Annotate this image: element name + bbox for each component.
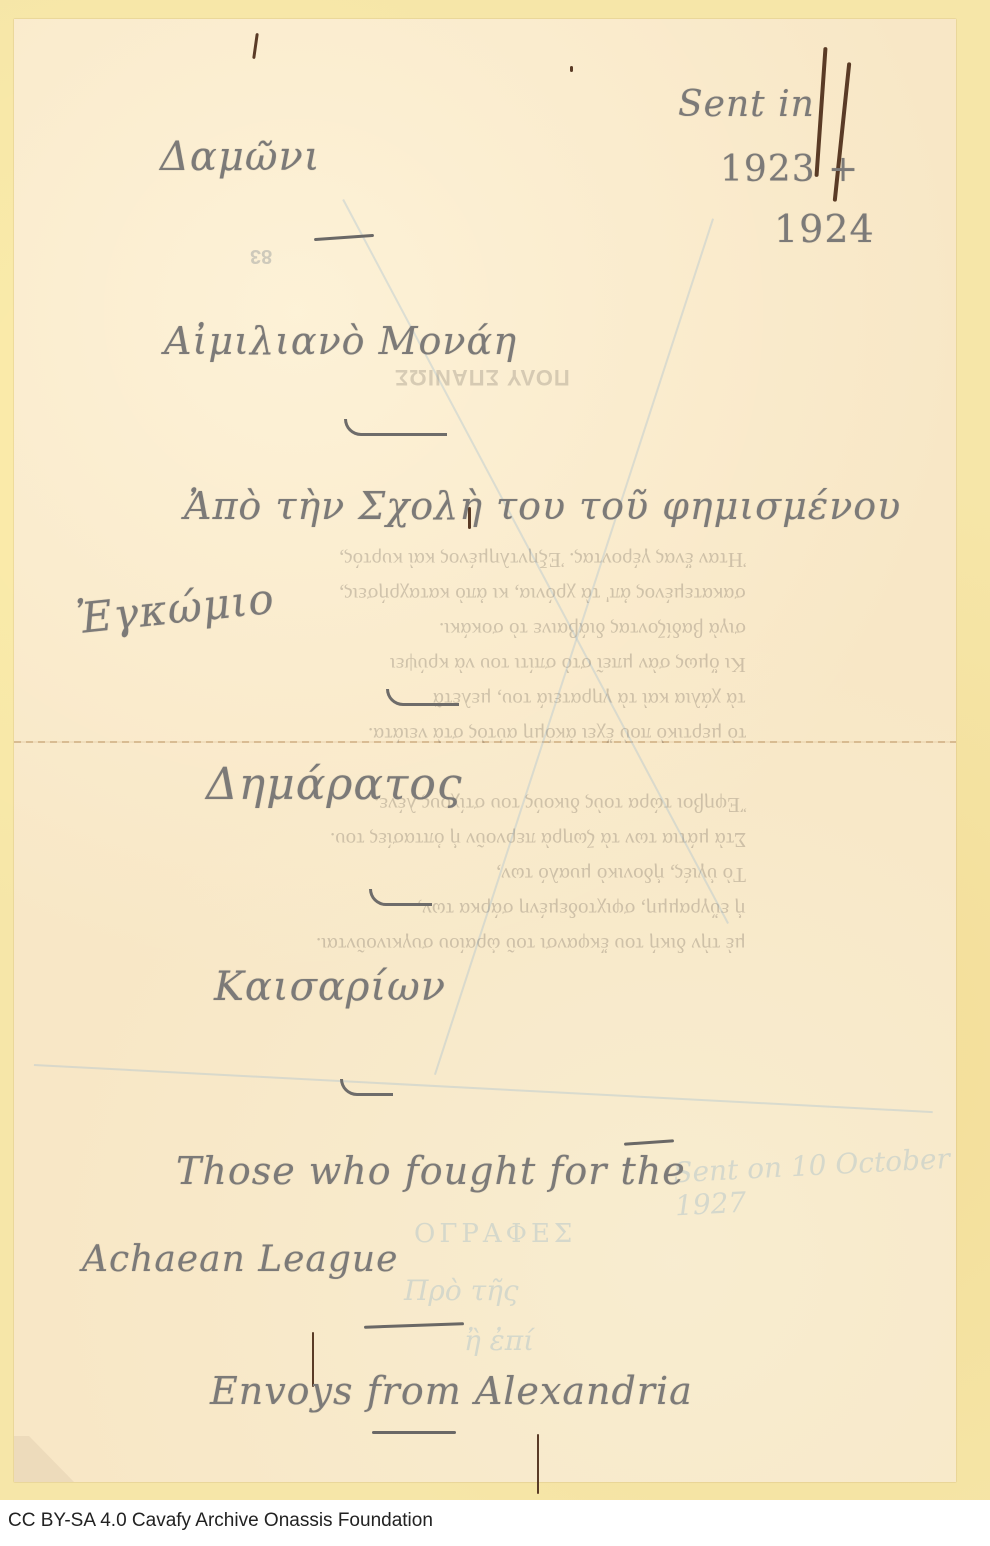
ink-mark: [570, 66, 573, 72]
printed-line: μὲ τὴν δική του ἔκφανσι τοῦ ὡραίου συγκι…: [316, 934, 746, 955]
faint-offset-note: Πρὸ τῆς: [404, 1274, 519, 1307]
folded-corner: [14, 1436, 74, 1482]
faint-offset-note: ἢ ἐπί: [464, 1324, 534, 1357]
separator-squiggle: [386, 689, 459, 706]
ink-mark: [252, 33, 259, 59]
note-dimaratos: Δημάρατος: [206, 759, 463, 810]
faint-offset-note: ΟΓΡΑΦΕΣ: [414, 1219, 576, 1249]
separator-dash: [372, 1431, 456, 1434]
printed-line: Τὸ ὑγιές, ἡδονικὸ μυαλό των,: [496, 864, 746, 885]
printed-line: τὰ χάλια καὶ τὰ γηρατειά του, μελετᾶ: [433, 689, 746, 710]
page-number-bleed: 83: [250, 244, 272, 267]
printed-line: τὸ μερτικὸ ποὺ ἔχει ἀκόμη αὐτὸς στὰ νειά…: [368, 724, 746, 745]
note-margin-enkomio: Ἐγκώμιο: [74, 574, 277, 644]
caption-bar: CC BY-SA 4.0 Cavafy Archive Onassis Foun…: [0, 1500, 990, 1546]
note-apo-ti-sxoli: Ἀπὸ τὴν Σχολὴ του τοῦ φημισμένου: [184, 484, 901, 528]
separator-dash: [364, 1322, 464, 1328]
note-achaean-league: Achaean League: [82, 1239, 398, 1280]
printed-title-bleed: ΠΟΛΥ ΣΠΑΝΙΩΣ: [394, 364, 570, 390]
paper-sheet: 83 ΠΟΛΥ ΣΠΑΝΙΩΣ Ἠταν ἕνας γέροντας. Ἐξην…: [14, 19, 956, 1482]
faint-offset-note: Sent on 10 October 1927: [672, 1142, 957, 1223]
separator-squiggle: [340, 1079, 393, 1096]
note-sent-in: Sent in: [678, 84, 815, 125]
printed-line: Ἠταν ἕνας γέροντας. Ἐξηντλημένος καὶ κυρ…: [339, 549, 746, 570]
note-damon: Δαμῶνι: [160, 134, 321, 180]
printed-line: ἡ εὔγραμμη, σφιχτοδεμένη σάρκα των,: [417, 899, 746, 920]
note-year-1924: 1924: [774, 207, 875, 251]
note-envoys-from-alexandria: Envoys from Alexandria: [210, 1369, 693, 1413]
printed-line: Στὰ μάτια των τὰ ζωηρὰ περνοῦν ἡ ὀπτασίε…: [330, 829, 746, 850]
printed-line: σιγὰ βαδίζοντας διάβαινε τὸ σοκάκι.: [439, 619, 746, 640]
scan-image: 83 ΠΟΛΥ ΣΠΑΝΙΩΣ Ἠταν ἕνας γέροντας. Ἐξην…: [0, 0, 990, 1500]
ink-mark: [537, 1434, 539, 1494]
license-credit: CC BY-SA 4.0 Cavafy Archive Onassis Foun…: [8, 1510, 433, 1532]
separator-squiggle: [369, 889, 432, 906]
printed-line: Κι ὅμως σὰν μπεῖ στὸ σπίτι του νὰ κρύψει: [390, 654, 746, 675]
printed-line: σακατεμένος ἀπ' τὰ χρόνια, κι ἀπὸ καταχρ…: [339, 584, 746, 605]
separator-squiggle: [344, 419, 447, 436]
blue-line: [34, 1064, 933, 1113]
note-year-1923: 1923 +: [720, 149, 859, 190]
note-aimiliano-monai: Αἰμιλιανὸ Μονάη: [164, 319, 517, 363]
strike-mark: [624, 1139, 674, 1145]
note-kaisarion: Καισαρίων: [214, 964, 446, 1010]
note-those-who-fought: Those who fought for the: [176, 1149, 686, 1193]
